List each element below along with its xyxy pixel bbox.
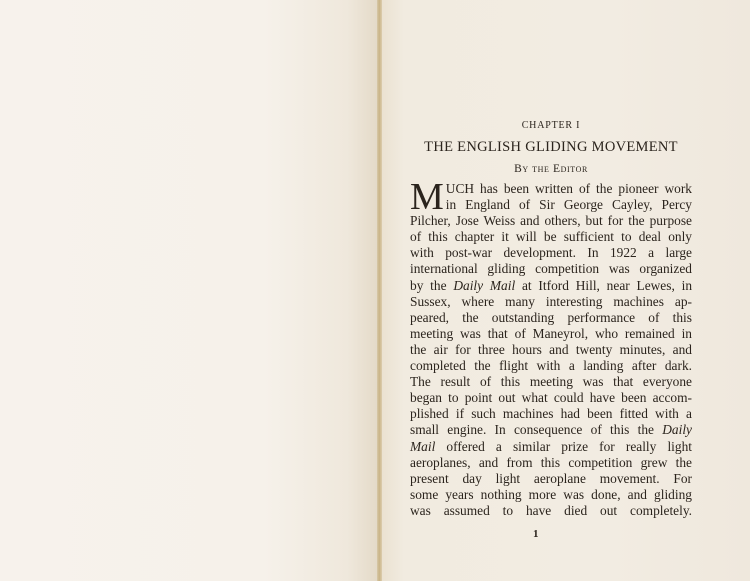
text-line: peared, the outstanding performance of t… <box>410 310 692 326</box>
text-line: aeroplanes, and from this competition gr… <box>410 455 692 471</box>
text-line: was assumed to have died out completely. <box>410 503 692 519</box>
text-line: present day light aeroplane movement. Fo… <box>410 471 692 487</box>
text-line: Mail offered a similar prize for really … <box>410 439 692 455</box>
text-line: small engine. In consequence of this the… <box>410 422 692 438</box>
text-line: Pilcher, Jose Weiss and others, but for … <box>410 213 692 229</box>
text-line: The result of this meeting was that ever… <box>410 374 692 390</box>
italic-title: Daily <box>662 422 692 437</box>
text-line: began to point out what could have been … <box>410 390 692 406</box>
text-line: Sussex, where many interesting machines … <box>410 294 692 310</box>
body-paragraph: M UCH has been written of the pioneer wo… <box>410 181 692 519</box>
bottom-border <box>0 581 750 585</box>
chapter-content: CHAPTER I THE ENGLISH GLIDING MOVEMENT B… <box>410 120 692 519</box>
text-line: UCH has been written of the pioneer work <box>410 181 692 197</box>
text-line: of this chapter it will be sufficient to… <box>410 229 692 245</box>
text-line: plished if such machines had been fitted… <box>410 406 692 422</box>
text-line: meeting was that of Maneyrol, who remain… <box>410 326 692 342</box>
text-line: some years nothing more was done, and gl… <box>410 487 692 503</box>
italic-title: Daily Mail <box>453 278 515 293</box>
text-line: the air for three hours and twenty minut… <box>410 342 692 358</box>
page-number: 1 <box>533 528 539 540</box>
drop-cap: M <box>410 182 444 212</box>
italic-title: Mail <box>410 439 435 454</box>
text-line: in England of Sir George Cayley, Percy <box>410 197 692 213</box>
chapter-title: THE ENGLISH GLIDING MOVEMENT <box>410 139 692 156</box>
byline: By the Editor <box>410 163 692 175</box>
text-line: international gliding competition was or… <box>410 261 692 277</box>
text-line: by the Daily Mail at Itford Hill, near L… <box>410 278 692 294</box>
chapter-label: CHAPTER I <box>410 120 692 131</box>
left-page-blank <box>0 0 377 585</box>
text-line: completed the flight with a landing afte… <box>410 358 692 374</box>
text-line: with post-war development. In 1922 a lar… <box>410 245 692 261</box>
